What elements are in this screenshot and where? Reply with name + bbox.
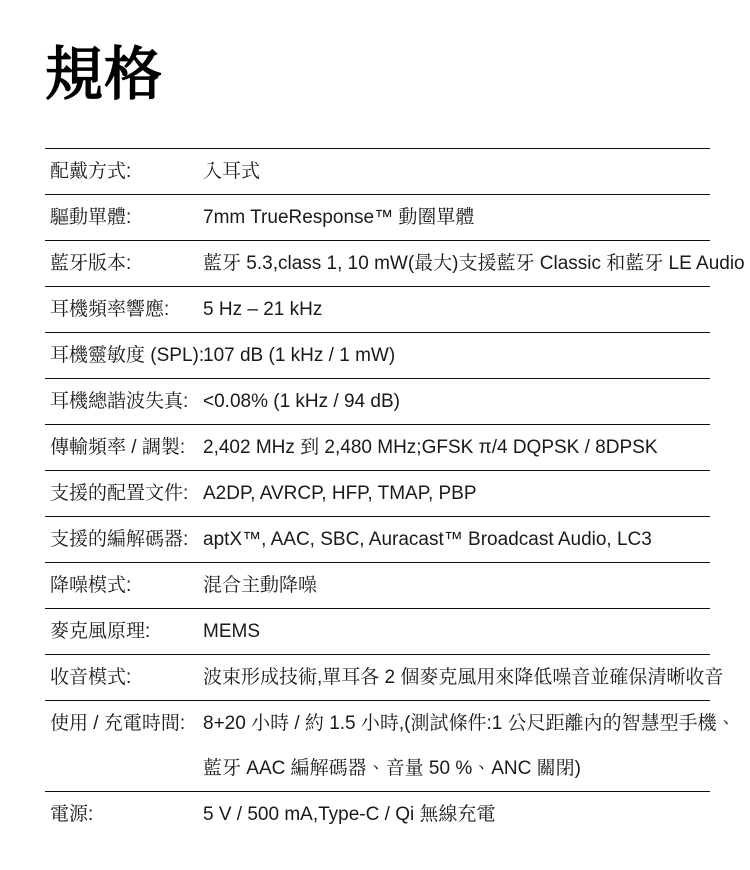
spec-value-line-2: 藍牙 AAC 編解碼器、音量 50 %、ANC 關閉) (203, 746, 736, 791)
spec-row-sensitivity: 耳機靈敏度 (SPL): 107 dB (1 kHz / 1 mW) (45, 332, 710, 378)
spec-label: 支援的配置文件: (45, 471, 203, 516)
spec-row-noise-cancelling: 降噪模式: 混合主動降噪 (45, 562, 710, 608)
spec-value: 入耳式 (203, 149, 710, 194)
spec-row-codecs: 支援的編解碼器: aptX™, AAC, SBC, Auracast™ Broa… (45, 516, 710, 562)
spec-value: <0.08% (1 kHz / 94 dB) (203, 379, 710, 424)
spec-label: 支援的編解碼器: (45, 517, 203, 562)
spec-label: 傳輸頻率 / 調製: (45, 425, 203, 470)
page-title: 規格 (45, 46, 710, 104)
spec-value: 107 dB (1 kHz / 1 mW) (203, 333, 710, 378)
spec-value: A2DP, AVRCP, HFP, TMAP, PBP (203, 471, 710, 516)
specs-table: 配戴方式: 入耳式 驅動單體: 7mm TrueResponse™ 動圈單體 藍… (45, 148, 710, 837)
spec-value: 波束形成技術,單耳各 2 個麥克風用來降低噪音並確保清晰收音 (203, 655, 723, 700)
spec-label: 配戴方式: (45, 149, 203, 194)
spec-value: 混合主動降噪 (203, 563, 710, 608)
spec-page: 規格 配戴方式: 入耳式 驅動單體: 7mm TrueResponse™ 動圈單… (45, 46, 710, 837)
spec-value: 2,402 MHz 到 2,480 MHz;GFSK π/4 DQPSK / 8… (203, 425, 710, 470)
spec-label: 收音模式: (45, 655, 203, 700)
spec-label: 耳機靈敏度 (SPL): (45, 333, 203, 378)
spec-label: 麥克風原理: (45, 609, 203, 654)
spec-label: 驅動單體: (45, 195, 203, 240)
spec-row-thd: 耳機總諧波失真: <0.08% (1 kHz / 94 dB) (45, 378, 710, 424)
spec-label: 電源: (45, 792, 203, 837)
spec-row-profiles: 支援的配置文件: A2DP, AVRCP, HFP, TMAP, PBP (45, 470, 710, 516)
spec-row-driver: 驅動單體: 7mm TrueResponse™ 動圈單體 (45, 194, 710, 240)
spec-value: 5 Hz – 21 kHz (203, 287, 710, 332)
spec-value: 藍牙 5.3,class 1, 10 mW(最大)支援藍牙 Classic 和藍… (203, 241, 745, 286)
spec-value: MEMS (203, 609, 710, 654)
spec-value: 8+20 小時 / 約 1.5 小時,(測試條件:1 公尺距離內的智慧型手機、 … (203, 701, 736, 791)
spec-row-power-supply: 電源: 5 V / 500 mA,Type-C / Qi 無線充電 (45, 791, 710, 837)
spec-row-microphone-principle: 麥克風原理: MEMS (45, 608, 710, 654)
spec-value: aptX™, AAC, SBC, Auracast™ Broadcast Aud… (203, 517, 710, 562)
spec-value-line-1: 8+20 小時 / 約 1.5 小時,(測試條件:1 公尺距離內的智慧型手機、 (203, 701, 736, 746)
spec-label: 耳機總諧波失真: (45, 379, 203, 424)
spec-row-transmission-modulation: 傳輸頻率 / 調製: 2,402 MHz 到 2,480 MHz;GFSK π/… (45, 424, 710, 470)
spec-label: 使用 / 充電時間: (45, 701, 203, 746)
spec-label: 耳機頻率響應: (45, 287, 203, 332)
spec-row-bluetooth-version: 藍牙版本: 藍牙 5.3,class 1, 10 mW(最大)支援藍牙 Clas… (45, 240, 710, 286)
spec-value: 7mm TrueResponse™ 動圈單體 (203, 195, 710, 240)
spec-row-battery-charging-time: 使用 / 充電時間: 8+20 小時 / 約 1.5 小時,(測試條件:1 公尺… (45, 700, 710, 791)
spec-value: 5 V / 500 mA,Type-C / Qi 無線充電 (203, 792, 710, 837)
spec-row-wearing-style: 配戴方式: 入耳式 (45, 148, 710, 194)
spec-row-frequency-response: 耳機頻率響應: 5 Hz – 21 kHz (45, 286, 710, 332)
spec-label: 降噪模式: (45, 563, 203, 608)
spec-label: 藍牙版本: (45, 241, 203, 286)
spec-row-pickup-pattern: 收音模式: 波束形成技術,單耳各 2 個麥克風用來降低噪音並確保清晰收音 (45, 654, 710, 700)
